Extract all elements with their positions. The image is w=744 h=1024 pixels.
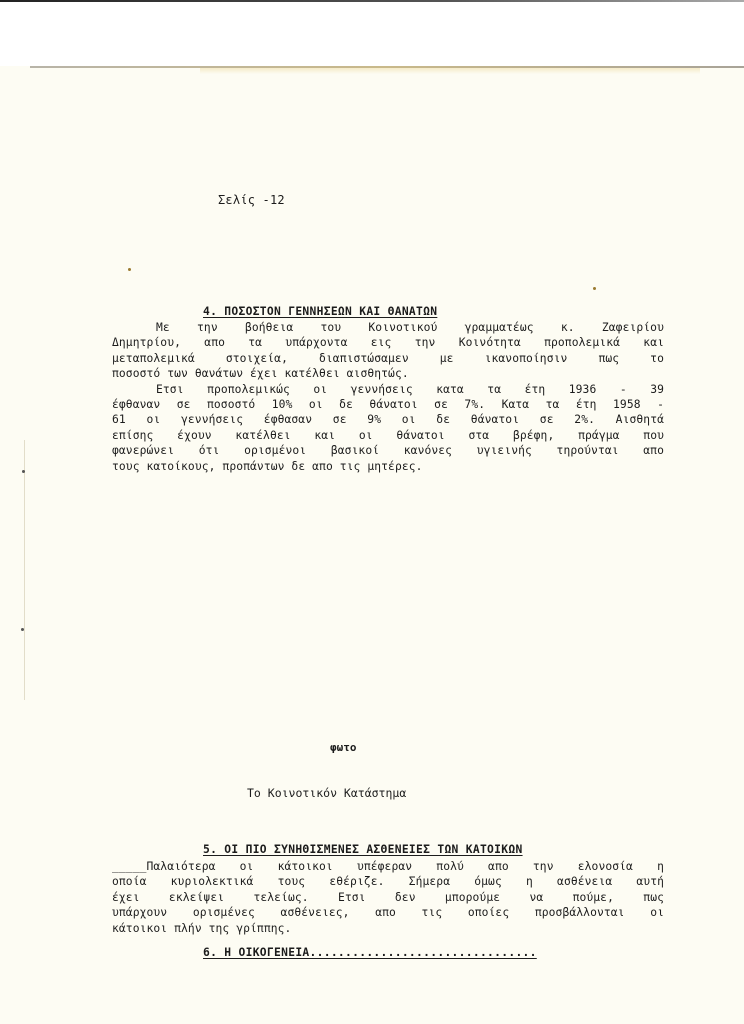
body-line: κάτοικοι πλήν της γρίππης. [112, 921, 664, 936]
photo-caption: Το Κοινοτικόν Κατάστημα [247, 786, 406, 800]
body-line: Με την βοήθεια του Κοινοτικού γραμματέως… [112, 320, 664, 335]
body-line: επίσης έχουν κατέλθει και οι θάνατοι στα… [112, 428, 664, 443]
paper-speck [21, 628, 24, 631]
section-5-body: _____Παλαιότερα οι κάτοικοι υπέφεραν πολ… [112, 859, 664, 936]
section-4-body: Με την βοήθεια του Κοινοτικού γραμματέως… [112, 320, 664, 474]
body-line: τους κατοίκους, προπάντων δε απο τις μητ… [112, 459, 664, 474]
page-number: Σελίς -12 [218, 193, 285, 208]
body-line: υπάρχουν ορισμένες ασθένειες, απο τις οπ… [112, 905, 664, 920]
body-line: ποσοστό των θανάτων έχει κατέλθει αισθητ… [112, 366, 664, 381]
body-line: Δημητρίου, απο τα υπάρχοντα εις την Κοιν… [112, 335, 664, 350]
section-6-heading: 6. Η ΟΙΚΟΓΕΝΕΙΑ.........................… [203, 946, 537, 959]
paper-fold-line [24, 440, 25, 700]
section-4-heading: 4. ΠΟΣΟΣΤΟΝ ΓΕΝΝΗΣΕΩΝ ΚΑΙ ΘΑΝΑΤΩΝ [203, 305, 437, 318]
paper-stain [200, 68, 700, 74]
body-line: _____Παλαιότερα οι κάτοικοι υπέφεραν πολ… [112, 859, 664, 874]
body-line: μεταπολεμικά στοιχεία, διαπιστώσαμεν με … [112, 351, 664, 366]
body-line: έχει εκλείψει τελείως. Ετσι δεν μπορούμε… [112, 890, 664, 905]
section-5-heading: 5. ΟΙ ΠΙΟ ΣΥΝΗΘΙΣΜΕΝΕΣ ΑΣΘΕΝΕΙΕΣ ΤΩΝ ΚΑΤ… [203, 843, 523, 856]
paper-speck [128, 268, 131, 271]
body-line: οποία κυριολεκτικά τους εθέριζε. Σήμερα … [112, 874, 664, 889]
scanner-top-margin [0, 0, 744, 66]
paper-speck [22, 470, 25, 473]
body-line: έφθαναν σε ποσοστό 10% οι δε θάνατοι σε … [112, 397, 664, 412]
photo-placeholder: φωτο [330, 741, 357, 754]
body-line: 61 οι γεννήσεις έφθασαν σε 9% οι δε θάνα… [112, 412, 664, 427]
paper-speck [593, 287, 596, 290]
body-line: Ετσι προπολεμικώς οι γεννήσεις κατα τα έ… [112, 382, 664, 397]
body-line: φανερώνει ότι ορισμένοι βασικοί κανόνες … [112, 443, 664, 458]
